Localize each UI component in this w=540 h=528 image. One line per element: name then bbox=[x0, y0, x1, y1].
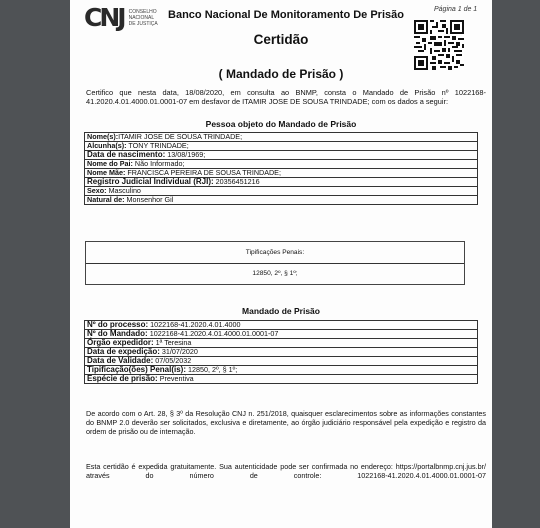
intro-paragraph: Certifico que nesta data, 18/08/2020, em… bbox=[86, 88, 486, 106]
tipificacoes-header: Tipificações Penais: bbox=[86, 242, 464, 264]
mandado-section-title: Mandado de Prisão bbox=[70, 306, 492, 316]
document-page: CNJ CONSELHO NACIONAL DE JUSTIÇA Banco N… bbox=[70, 0, 492, 528]
certidao-title: Certidão bbox=[70, 32, 492, 47]
table-row: Natural de: Monsenhor Gil bbox=[85, 196, 478, 205]
person-table: Nome(s):ITAMIR JOSE DE SOUSA TRINDADE; A… bbox=[84, 132, 478, 205]
mandado-table: Nº do processo: 1022168-41.2020.4.01.400… bbox=[84, 320, 478, 384]
table-row: Espécie de prisão: Preventiva bbox=[85, 375, 478, 384]
tipificacoes-box: Tipificações Penais: 12850, 2º, § 1º; bbox=[85, 241, 465, 285]
page-indicator: Página 1 de 1 bbox=[434, 6, 477, 13]
resolution-note: De acordo com o Art. 28, § 3º da Resoluç… bbox=[86, 410, 486, 437]
person-section-title: Pessoa objeto do Mandado de Prisão bbox=[70, 119, 492, 129]
table-row: Registro Judicial Individual (RJI): 2035… bbox=[85, 178, 478, 187]
authenticity-note: Esta certidão é expedida gratuitamente. … bbox=[86, 463, 486, 481]
tipificacoes-value: 12850, 2º, § 1º; bbox=[86, 264, 464, 284]
mandado-subtitle: ( Mandado de Prisão ) bbox=[70, 67, 492, 81]
